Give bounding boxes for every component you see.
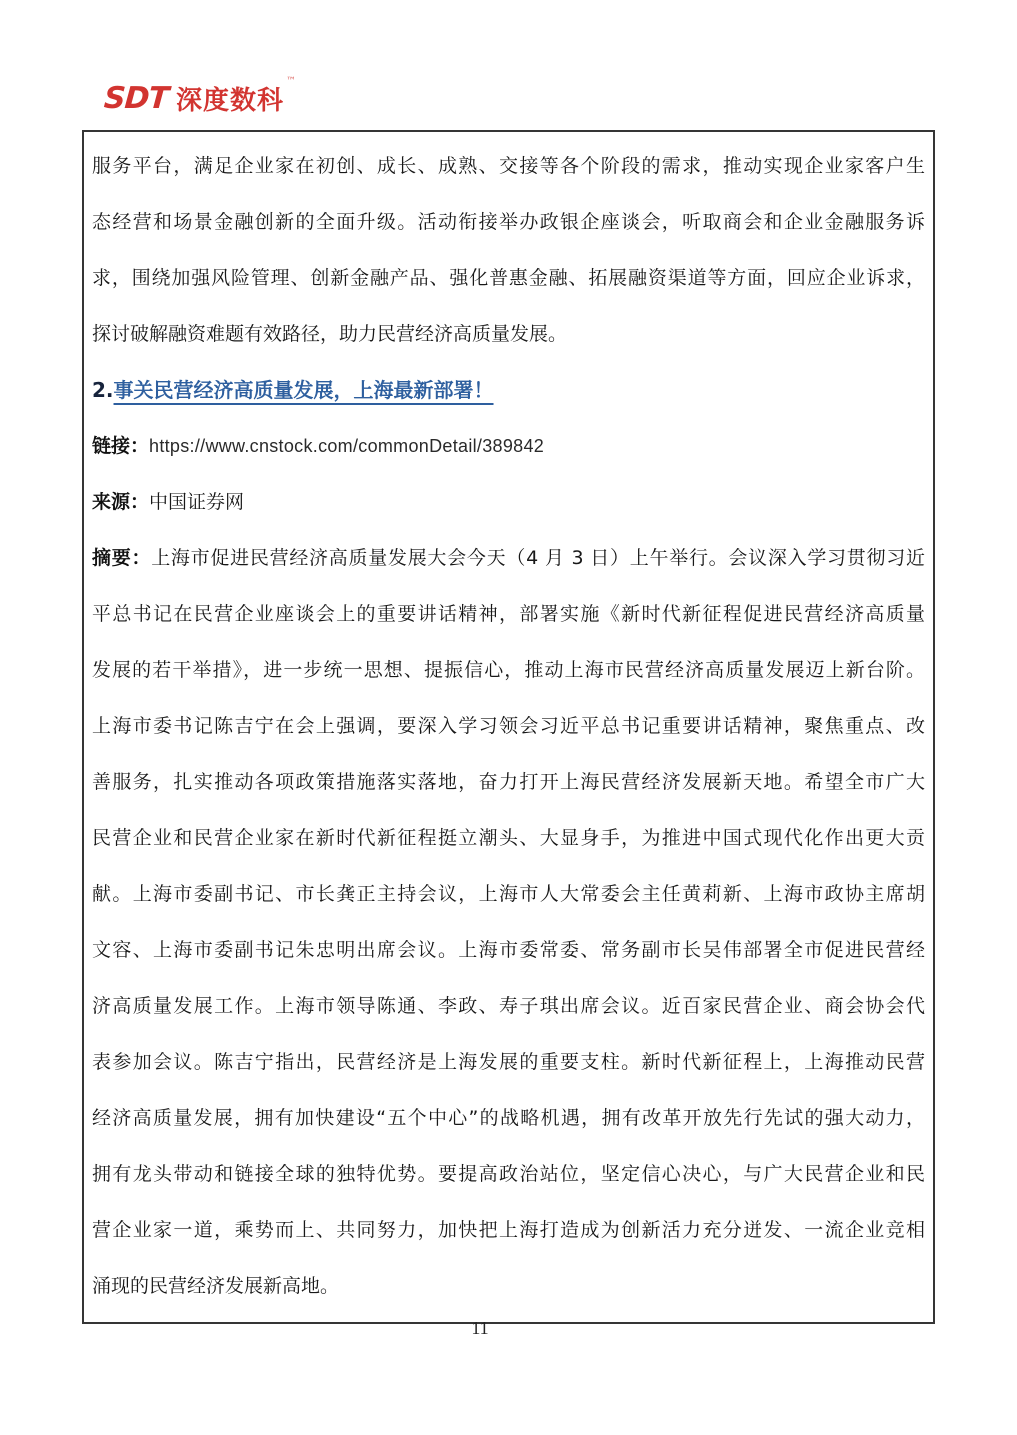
text-line: 涌现的民营经济发展新高地。 <box>92 1258 925 1314</box>
text-line: 营企业家一道，乘势而上、共同努力，加快把上海打造成为创新活力充分迸发、一流企业竞… <box>92 1202 925 1258</box>
text-line: 献。上海市委副书记、市长龚正主持会议，上海市人大常委会主任黄莉新、上海市政协主席… <box>92 866 925 922</box>
text-line: 济高质量发展工作。上海市领导陈通、李政、寿子琪出席会议。近百家民营企业、商会协会… <box>92 978 925 1034</box>
article-number: 2. <box>92 378 114 402</box>
text-line: 探讨破解融资难题有效路径，助力民营经济高质量发展。 <box>92 306 925 362</box>
content-border-box: 服务平台，满足企业家在初创、成长、成熟、交接等各个阶段的需求，推动实现企业家客户… <box>82 130 935 1324</box>
article-heading: 2.事关民营经济高质量发展，上海最新部署！ <box>92 362 925 418</box>
text-line: 经济高质量发展，拥有加快建设“五个中心”的战略机遇，拥有改革开放先行先试的强大动… <box>92 1090 925 1146</box>
link-label: 链接： <box>92 435 149 457</box>
summary-first-line: 摘要：上海市促进民营经济高质量发展大会今天（4 月 3 日）上午举行。会议深入学… <box>92 530 925 586</box>
text-line: 上海市委书记陈吉宁在会上强调，要深入学习领会习近平总书记重要讲话精神，聚焦重点、… <box>92 698 925 754</box>
link-url: https://www.cnstock.com/commonDetail/389… <box>149 436 544 456</box>
summary-text: 上海市促进民营经济高质量发展大会今天（4 月 3 日）上午举行。会议深入学习贯彻… <box>151 547 925 569</box>
link-row: 链接：https://www.cnstock.com/commonDetail/… <box>92 418 925 474</box>
source-row: 来源：中国证券网 <box>92 474 925 530</box>
text-line: 态经营和场景金融创新的全面升级。活动衔接举办政银企座谈会，听取商会和企业金融服务… <box>92 194 925 250</box>
text-line: 拥有龙头带动和链接全球的独特优势。要提高政治站位，坚定信心决心，与广大民营企业和… <box>92 1146 925 1202</box>
text-line: 求，围绕加强风险管理、创新金融产品、强化普惠金融、拓展融资渠道等方面，回应企业诉… <box>92 250 925 306</box>
text-line: 发展的若干举措》，进一步统一思想、提振信心，推动上海市民营经济高质量发展迈上新台… <box>92 642 925 698</box>
text-line: 平总书记在民营企业座谈会上的重要讲话精神，部署实施《新时代新征程促进民营经济高质… <box>92 586 925 642</box>
text-line: 文容、上海市委副书记朱忠明出席会议。上海市委常委、常务副市长吴伟部署全市促进民营… <box>92 922 925 978</box>
brand-logo: SDT深度数科™ <box>104 80 296 117</box>
page-number: 11 <box>0 1318 960 1339</box>
article-title-link[interactable]: 事关民营经济高质量发展，上海最新部署！ <box>114 378 494 402</box>
text-line: 表参加会议。陈吉宁指出，民营经济是上海发展的重要支柱。新时代新征程上，上海推动民… <box>92 1034 925 1090</box>
source-label: 来源： <box>92 491 149 513</box>
source-value: 中国证券网 <box>149 491 244 513</box>
text-line: 服务平台，满足企业家在初创、成长、成熟、交接等各个阶段的需求，推动实现企业家客户… <box>92 138 925 194</box>
logo-brand-name: 深度数科 <box>176 80 284 117</box>
logo-sdt-mark: SDT <box>103 81 169 116</box>
text-line: 善服务，扎实推动各项政策措施落实落地，奋力打开上海民营经济发展新天地。希望全市广… <box>92 754 925 810</box>
text-line: 民营企业和民营企业家在新时代新征程挺立潮头、大显身手，为推进中国式现代化作出更大… <box>92 810 925 866</box>
trademark-symbol: ™ <box>286 76 296 87</box>
document-page: SDT深度数科™ 服务平台，满足企业家在初创、成长、成熟、交接等各个阶段的需求，… <box>0 0 1017 1435</box>
summary-label: 摘要： <box>92 547 151 569</box>
